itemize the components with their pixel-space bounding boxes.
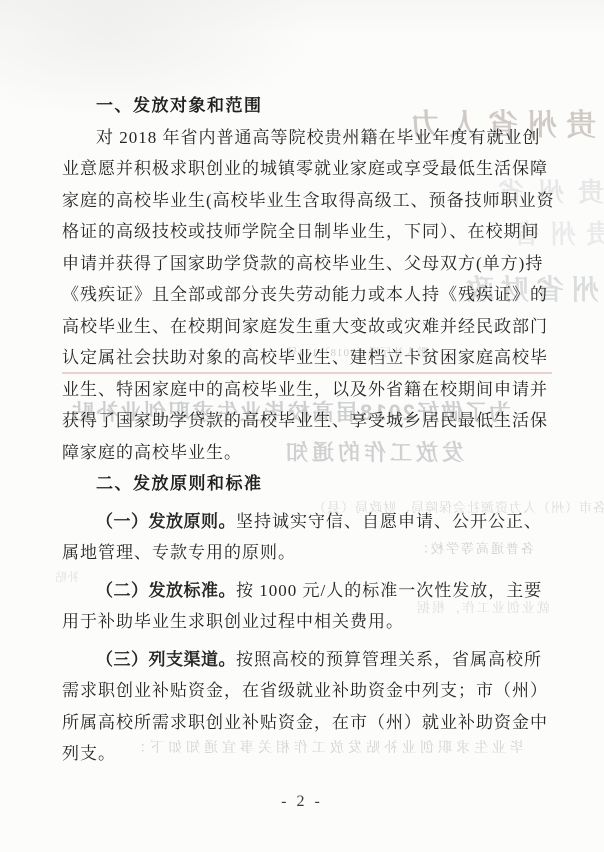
clause-3-lead: （三）列支渠道。	[96, 650, 236, 669]
clause-1-lead: （一）发放原则。	[96, 512, 236, 531]
clause-1-first-text: 坚持诚实守信、自愿申请、公开公正、	[236, 512, 542, 531]
body-line: 属地管理、专款专用的原则。	[62, 537, 548, 569]
body-line: 业生、特困家庭中的高校毕业生，以及外省籍在校期间申请并	[62, 374, 548, 406]
scanned-document-page: 贵州省人力 贵州省 贵州省 贵州省财政 黔人社厅通〔2018〕134号 为了做好…	[0, 0, 604, 852]
body-line: 认定属社会扶助对象的高校毕业生、建档立卡贫困家庭高校毕	[62, 342, 548, 374]
body-line: 需求职创业补贴资金，在省级就业补助资金中列支；市（州）	[62, 675, 548, 707]
body-line: （一）发放原则。坚持诚实守信、自愿申请、公开公正、	[62, 506, 548, 538]
body-line: 获得了国家助学贷款的高校毕业生、享受城乡居民最低生活保	[62, 405, 548, 437]
body-line: 用于补助毕业生求职创业过程中相关费用。	[62, 606, 548, 638]
clause-1: （一）发放原则。坚持诚实守信、自愿申请、公开公正、 属地管理、专款专用的原则。	[62, 506, 548, 569]
body-line: 业意愿并积极求职创业的城镇零就业家庭或享受最低生活保障	[62, 153, 548, 185]
body-line: 所属高校所需求职创业补贴资金，在市（州）就业补助资金中	[62, 707, 548, 739]
body-line: （二）发放标准。按 1000 元/人的标准一次性发放，主要	[62, 575, 548, 607]
clause-2: （二）发放标准。按 1000 元/人的标准一次性发放，主要 用于补助毕业生求职创…	[62, 575, 548, 638]
body-line: 障家庭的高校毕业生。	[62, 437, 548, 469]
body-line: 列支。	[62, 738, 548, 770]
body-line: 《残疾证》且全部或部分丧失劳动能力或本人持《残疾证》的	[62, 279, 548, 311]
clause-2-lead: （二）发放标准。	[96, 581, 236, 600]
clause-3: （三）列支渠道。按照高校的预算管理关系，省属高校所 需求职创业补贴资金，在省级就…	[62, 644, 548, 770]
section-1-heading: 一、发放对象和范围	[62, 90, 548, 122]
body-line: 对 2018 年省内普通高等院校贵州籍在毕业年度有就业创	[62, 122, 548, 154]
body-line: 格证的高级技校或技师学院全日制毕业生，下同）、在校期间	[62, 216, 548, 248]
body-line: （三）列支渠道。按照高校的预算管理关系，省属高校所	[62, 644, 548, 676]
body-line: 申请并获得了国家助学贷款的高校毕业生、父母双方(单方)持	[62, 248, 548, 280]
clause-2-first-text: 按 1000 元/人的标准一次性发放，主要	[236, 581, 542, 600]
body-line: 家庭的高校毕业生(高校毕业生含取得高级工、预备技师职业资	[62, 185, 548, 217]
document-body: 一、发放对象和范围 对 2018 年省内普通高等院校贵州籍在毕业年度有就业创 业…	[62, 90, 548, 770]
body-line: 高校毕业生、在校期间家庭发生重大变故或灾难并经民政部门	[62, 311, 548, 343]
page-number: - 2 -	[0, 793, 604, 811]
clause-3-first-text: 按照高校的预算管理关系，省属高校所	[236, 650, 542, 669]
section-2-heading: 二、发放原则和标准	[62, 468, 548, 500]
